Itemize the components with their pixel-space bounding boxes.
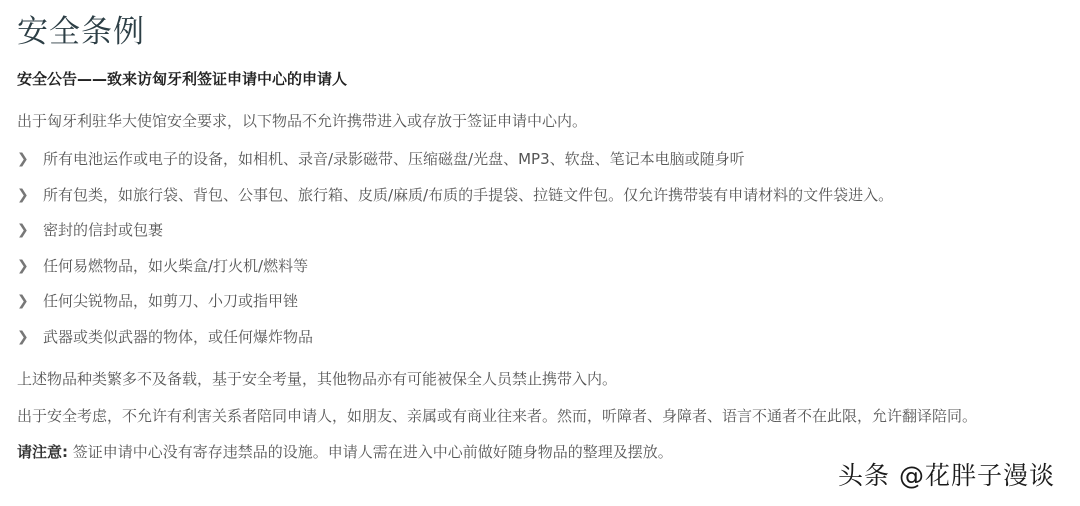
companions-paragraph: 出于安全考虑，不允许有利害关系者陪同申请人，如朋友、亲属或有商业往来者。然而，听…	[17, 405, 977, 426]
chevron-right-icon: ❯	[17, 184, 33, 206]
list-item: ❯ 武器或类似武器的物体，或任何爆炸物品	[17, 326, 893, 362]
list-item: ❯ 任何尖锐物品，如剪刀、小刀或指甲锉	[17, 290, 893, 326]
list-item-text: 密封的信封或包裹	[43, 219, 163, 241]
prohibited-items-list: ❯ 所有电池运作或电子的设备，如相机、录音/录影磁带、压缩磁盘/光盘、MP3、软…	[17, 148, 893, 361]
chevron-right-icon: ❯	[17, 219, 33, 241]
list-item: ❯ 密封的信封或包裹	[17, 219, 893, 255]
list-item: ❯ 所有电池运作或电子的设备，如相机、录音/录影磁带、压缩磁盘/光盘、MP3、软…	[17, 148, 893, 184]
chevron-right-icon: ❯	[17, 255, 33, 277]
list-item-text: 任何易燃物品，如火柴盒/打火机/燃料等	[43, 255, 308, 277]
intro-paragraph: 出于匈牙利驻华大使馆安全要求，以下物品不允许携带进入或存放于签证申请中心内。	[17, 110, 587, 131]
list-item-text: 所有包类，如旅行袋、背包、公事包、旅行箱、皮质/麻质/布质的手提袋、拉链文件包。…	[43, 184, 893, 206]
chevron-right-icon: ❯	[17, 148, 33, 170]
chevron-right-icon: ❯	[17, 290, 33, 312]
page-title: 安全条例	[17, 6, 145, 51]
note-text: 签证申请中心没有寄存违禁品的设施。申请人需在进入中心前做好随身物品的整理及摆放。	[68, 443, 673, 461]
announcement-subtitle: 安全公告——致来访匈牙利签证申请中心的申请人	[17, 68, 347, 89]
list-item-text: 所有电池运作或电子的设备，如相机、录音/录影磁带、压缩磁盘/光盘、MP3、软盘、…	[43, 148, 745, 170]
note-paragraph: 请注意: 签证申请中心没有寄存违禁品的设施。申请人需在进入中心前做好随身物品的整…	[17, 441, 673, 462]
chevron-right-icon: ❯	[17, 326, 33, 348]
list-item-text: 任何尖锐物品，如剪刀、小刀或指甲锉	[43, 290, 298, 312]
list-item: ❯ 所有包类，如旅行袋、背包、公事包、旅行箱、皮质/麻质/布质的手提袋、拉链文件…	[17, 184, 893, 220]
list-item: ❯ 任何易燃物品，如火柴盒/打火机/燃料等	[17, 255, 893, 291]
other-items-paragraph: 上述物品种类繁多不及备载，基于安全考量，其他物品亦有可能被保全人员禁止携带入内。	[17, 368, 617, 389]
note-label: 请注意:	[17, 443, 68, 461]
watermark: 头条 @花胖子漫谈	[838, 456, 1055, 492]
list-item-text: 武器或类似武器的物体，或任何爆炸物品	[43, 326, 313, 348]
